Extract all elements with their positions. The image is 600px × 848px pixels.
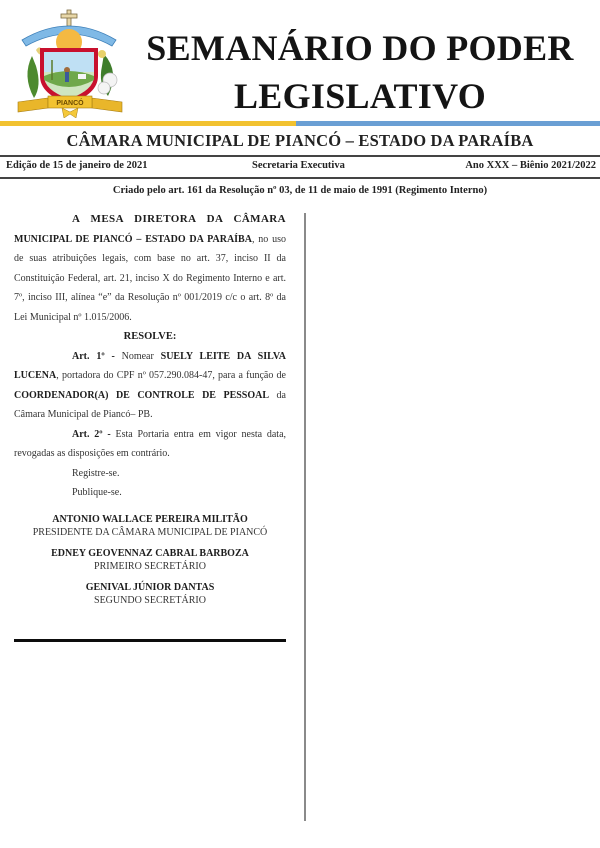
- column-divider: [304, 213, 306, 821]
- masthead-title: SEMANÁRIO DO PODER LEGISLATIVO: [140, 24, 580, 120]
- edition-rule-top: [0, 155, 600, 157]
- signatory-role: PRIMEIRO SECRETÁRIO: [14, 561, 286, 574]
- section-end-rule: [14, 639, 286, 642]
- signature-second-secretary: GENIVAL JÚNIOR DANTAS SEGUNDO SECRETÁRIO: [14, 582, 286, 607]
- article-1-text: Nomear: [115, 351, 161, 362]
- signatory-name: ANTONIO WALLACE PEREIRA MILITÃO: [14, 514, 286, 527]
- signature-block: ANTONIO WALLACE PEREIRA MILITÃO PRESIDEN…: [14, 514, 286, 616]
- accent-bar-blue: [296, 121, 600, 126]
- chamber-heading: CÂMARA MUNICIPAL DE PIANCÓ – ESTADO DA P…: [0, 131, 600, 151]
- publique-line: Publique-se.: [14, 483, 286, 503]
- svg-text:PIANCÓ: PIANCÓ: [56, 98, 84, 107]
- accent-color-bar: [0, 121, 600, 126]
- signatory-role: SEGUNDO SECRETÁRIO: [14, 595, 286, 608]
- municipal-coat-of-arms-icon: PIANCÓ: [12, 6, 128, 118]
- appointee-role: COORDENADOR(A) DE CONTROLE DE PESSOAL: [14, 390, 269, 401]
- signature-first-secretary: EDNEY GEOVENNAZ CABRAL BARBOZA PRIMEIRO …: [14, 548, 286, 573]
- article-1-text-2: , portadora do CPF nº 057.290.084-47, pa…: [56, 370, 286, 381]
- article-2-label: Art. 2º -: [72, 429, 111, 440]
- signatory-role: PRESIDENTE DA CÂMARA MUNICIPAL DE PIANCÓ: [14, 527, 286, 540]
- intro-heading: A MESA DIRETORA DA CÂMARA: [14, 210, 286, 230]
- ordinance-body: A MESA DIRETORA DA CÂMARA MUNICIPAL DE P…: [14, 210, 286, 503]
- intro-text: , no uso de suas atribuições legais, com…: [14, 234, 286, 323]
- article-2: Art. 2º - Esta Portaria entra em vigor n…: [14, 425, 286, 464]
- edition-rule-bottom: [0, 177, 600, 179]
- accent-bar-gold: [0, 121, 296, 126]
- resolve-heading: RESOLVE:: [14, 327, 286, 347]
- edition-department: Secretaria Executiva: [252, 160, 345, 171]
- edition-date: Edição de 15 de janeiro de 2021: [6, 160, 148, 171]
- registre-line: Registre-se.: [14, 464, 286, 484]
- masthead-line-1: SEMANÁRIO DO PODER: [140, 24, 580, 72]
- intro-heading-cont: MUNICIPAL DE PIANCÓ – ESTADO DA PARAÍBA: [14, 234, 252, 245]
- article-2-text: Esta Portaria entra em vigor nesta data,…: [14, 429, 286, 460]
- signature-president: ANTONIO WALLACE PEREIRA MILITÃO PRESIDEN…: [14, 514, 286, 539]
- creation-note: Criado pelo art. 161 da Resolução nº 03,…: [0, 185, 600, 196]
- edition-year: Ano XXX – Biênio 2021/2022: [465, 160, 596, 171]
- signatory-name: EDNEY GEOVENNAZ CABRAL BARBOZA: [14, 548, 286, 561]
- article-1: Art. 1º - Nomear SUELY LEITE DA SILVA LU…: [14, 347, 286, 425]
- intro-paragraph: MUNICIPAL DE PIANCÓ – ESTADO DA PARAÍBA,…: [14, 230, 286, 328]
- article-1-label: Art. 1º -: [72, 351, 115, 362]
- edition-info-row: Edição de 15 de janeiro de 2021 Secretar…: [6, 160, 596, 176]
- masthead-line-2: LEGISLATIVO: [140, 72, 580, 120]
- signatory-name: GENIVAL JÚNIOR DANTAS: [14, 582, 286, 595]
